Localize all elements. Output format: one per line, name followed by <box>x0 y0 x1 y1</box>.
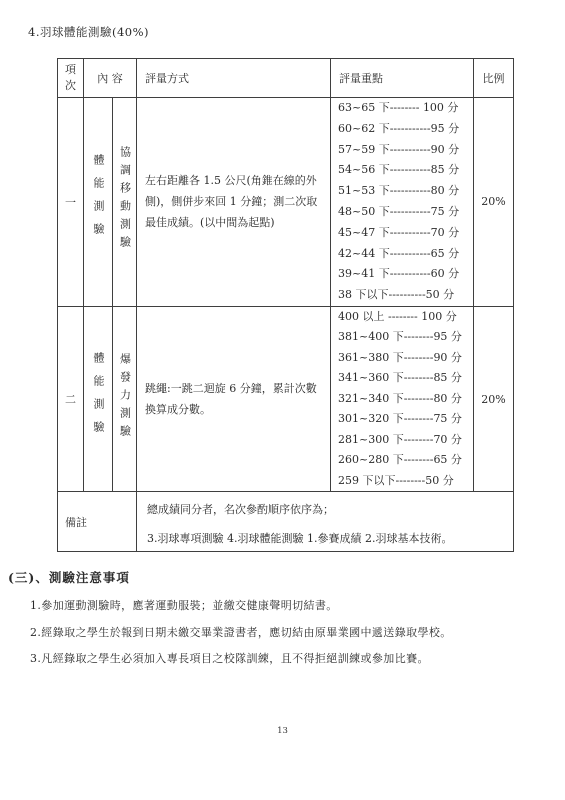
row1-ratio: 20% <box>474 98 514 307</box>
score-line: 260~280 下--------65 分 <box>338 450 473 471</box>
score-line: 57~59 下-----------90 分 <box>338 140 473 161</box>
row2-focus-cell: 400 以上 -------- 100 分381~400 下--------95… <box>331 306 474 492</box>
table-header-row: 項次 內 容 評量方式 評量重點 比例 <box>58 59 514 98</box>
page-number: 13 <box>0 726 565 736</box>
table-row: 二 體能測驗 爆發力測驗 跳繩:一跳二迴旋 6 分鐘，累計次數換算成分數。 40… <box>58 306 514 492</box>
score-line: 400 以上 -------- 100 分 <box>338 307 473 328</box>
score-line: 63~65 下-------- 100 分 <box>338 98 473 119</box>
column-header-item-no: 項次 <box>58 59 84 98</box>
row1-category: 體能測驗 <box>84 98 113 307</box>
section-title: 4.羽球體能測驗(40%) <box>28 24 149 40</box>
row2-item-no: 二 <box>58 306 84 492</box>
remark-line1: 總成績同分者，名次參酌順序依序為； <box>147 502 513 517</box>
remark-label: 備註 <box>58 492 137 552</box>
score-line: 361~380 下--------90 分 <box>338 348 473 369</box>
notes-section: (三)、測驗注意事項 1.參加運動測驗時，應著運動服裝；並繳交健康聲明切結書。2… <box>8 568 548 679</box>
row1-method-text: 左右距離各 1.5 公尺(角錐在線的外側)，側併步來回 1 分鐘；測二次取最佳成… <box>145 170 325 233</box>
remark-row: 備註 總成績同分者，名次參酌順序依序為； 3.羽球專項測驗 4.羽球體能測驗 1… <box>58 492 514 552</box>
score-line: 381~400 下--------95 分 <box>338 327 473 348</box>
score-line: 341~360 下--------85 分 <box>338 368 473 389</box>
fitness-test-table: 項次 內 容 評量方式 評量重點 比例 一 體能測驗 協調移動測驗 左右距離各 … <box>57 58 514 552</box>
remark-body: 總成績同分者，名次參酌順序依序為； 3.羽球專項測驗 4.羽球體能測驗 1.參賽… <box>137 492 514 552</box>
row1-focus-cell: 63~65 下-------- 100 分60~62 下-----------9… <box>331 98 474 307</box>
score-line: 38 下以下----------50 分 <box>338 285 473 306</box>
score-line: 45~47 下-----------70 分 <box>338 223 473 244</box>
column-header-focus: 評量重點 <box>331 59 474 98</box>
row1-subtest-label: 協調移動測驗 <box>117 146 133 254</box>
row2-subtest-label: 爆發力測驗 <box>117 353 133 443</box>
score-line: 60~62 下-----------95 分 <box>338 119 473 140</box>
score-line: 301~320 下--------75 分 <box>338 409 473 430</box>
score-line: 42~44 下-----------65 分 <box>338 244 473 265</box>
row2-category: 體能測驗 <box>84 306 113 492</box>
notes-heading: (三)、測驗注意事項 <box>8 568 548 586</box>
row1-item-no: 一 <box>58 98 84 307</box>
row2-subtest: 爆發力測驗 <box>113 306 137 492</box>
document-page: 4.羽球體能測驗(40%) 項次 內 容 評量方式 評量重點 比例 一 體能測驗… <box>0 0 565 800</box>
column-header-item-no-label: 項次 <box>64 62 77 94</box>
note-item: 1.參加運動測驗時，應著運動服裝；並繳交健康聲明切結書。 <box>30 599 548 613</box>
score-line: 259 下以下--------50 分 <box>338 471 473 492</box>
note-item: 2.經錄取之學生於報到日期未繳交畢業證書者，應切結由原畢業國中遞送錄取學校。 <box>30 626 548 640</box>
score-line: 51~53 下-----------80 分 <box>338 181 473 202</box>
row2-method-text: 跳繩:一跳二迴旋 6 分鐘，累計次數換算成分數。 <box>145 378 325 420</box>
score-line: 48~50 下-----------75 分 <box>338 202 473 223</box>
score-line: 281~300 下--------70 分 <box>338 430 473 451</box>
column-header-method: 評量方式 <box>137 59 331 98</box>
note-item: 3.凡經錄取之學生必須加入專長項目之校隊訓練，且不得拒絕訓練或參加比賽。 <box>30 652 548 666</box>
notes-list: 1.參加運動測驗時，應著運動服裝；並繳交健康聲明切結書。2.經錄取之學生於報到日… <box>30 599 548 666</box>
score-line: 54~56 下-----------85 分 <box>338 160 473 181</box>
row2-ratio: 20% <box>474 306 514 492</box>
score-line: 39~41 下-----------60 分 <box>338 264 473 285</box>
column-header-ratio: 比例 <box>474 59 514 98</box>
score-line: 321~340 下--------80 分 <box>338 389 473 410</box>
row2-method-cell: 跳繩:一跳二迴旋 6 分鐘，累計次數換算成分數。 <box>137 306 331 492</box>
remark-line2: 3.羽球專項測驗 4.羽球體能測驗 1.參賽成績 2.羽球基本技術。 <box>147 531 513 546</box>
row1-method-cell: 左右距離各 1.5 公尺(角錐在線的外側)，側併步來回 1 分鐘；測二次取最佳成… <box>137 98 331 307</box>
table-row: 一 體能測驗 協調移動測驗 左右距離各 1.5 公尺(角錐在線的外側)，側併步來… <box>58 98 514 307</box>
row1-category-label: 體能測驗 <box>90 154 106 246</box>
column-header-content: 內 容 <box>84 59 137 98</box>
row2-category-label: 體能測驗 <box>90 352 106 444</box>
row1-subtest: 協調移動測驗 <box>113 98 137 307</box>
